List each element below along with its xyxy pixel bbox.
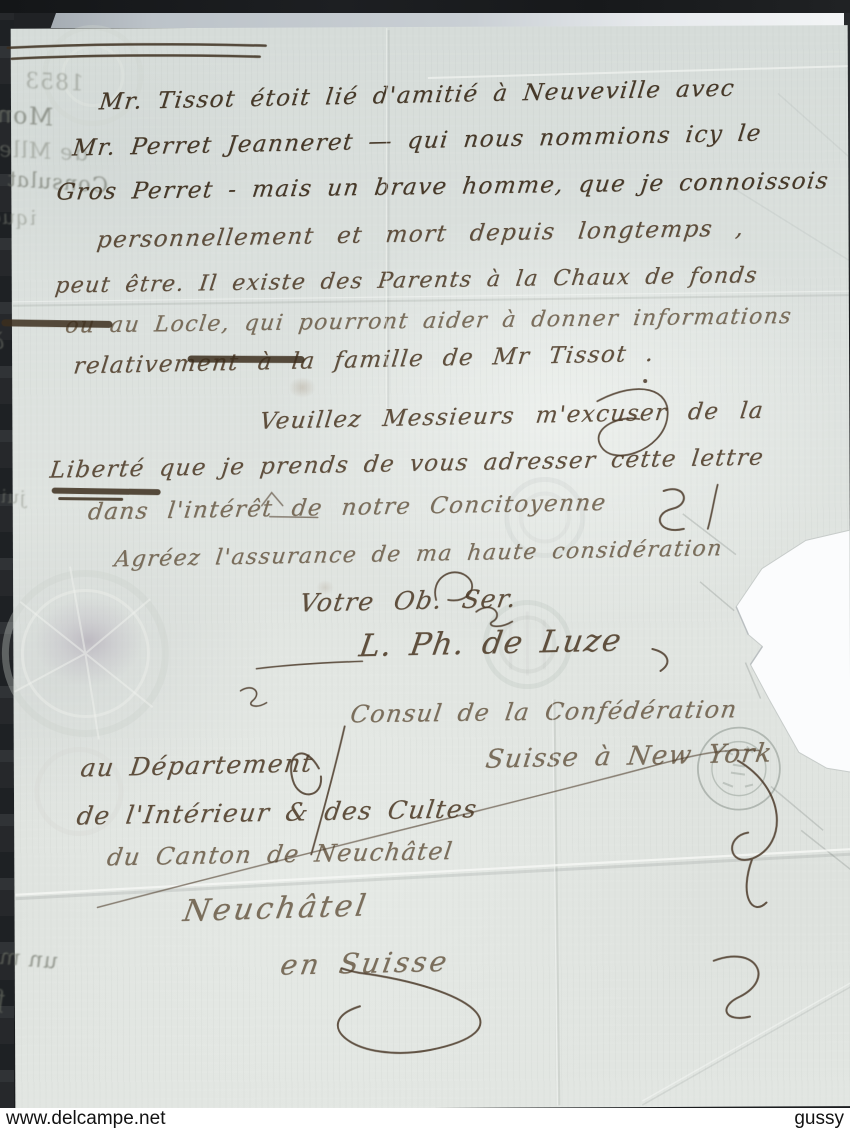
bleedthrough-line: fait à la Chaux de fonds [0, 960, 10, 1014]
letter-paper [11, 25, 850, 1110]
bleedthrough-line: à une Civile de la Chaux-de- [0, 314, 7, 354]
letter-rotation-wrapper: 1853 Monsieur le Prési de Mlle Consulat … [0, 0, 850, 1131]
scanned-letter: 1853 Monsieur le Prési de Mlle Consulat … [0, 0, 850, 1131]
watermark-seller: gussy [794, 1108, 844, 1130]
watermark-site: www.delcampe.net [6, 1108, 165, 1130]
